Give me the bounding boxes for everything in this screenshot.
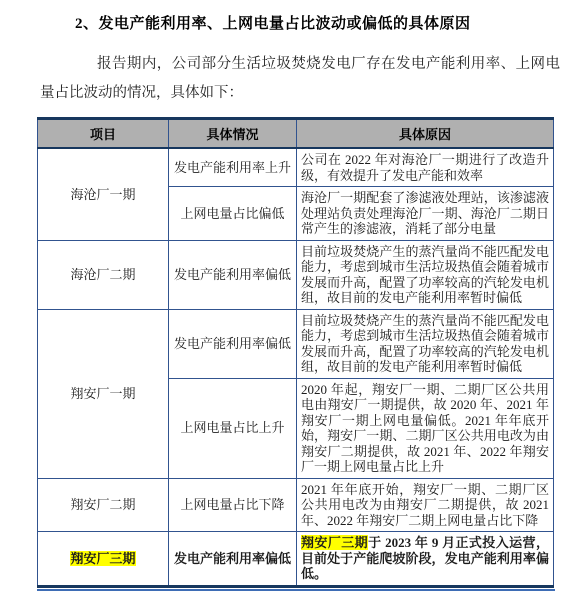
reason-cell: 目前垃圾焚烧产生的蒸汽量尚不能匹配发电能力，考虑到城市生活垃圾热值会随着城市发展… [297, 240, 554, 309]
intro-paragraph: 报告期内，公司部分生活垃圾焚烧发电厂存在发电产能利用率、上网电量占比波动的情况，… [40, 50, 560, 108]
table-header-row: 项目 具体情况 具体原因 [38, 119, 554, 149]
table-row: 翔安厂二期上网电量占比下降2021 年年底开始，翔安厂一期、二期厂区公共用电改为… [38, 478, 554, 532]
reason-highlighted-text: 翔安厂三期 [301, 535, 368, 550]
situation-cell: 发电产能利用率偏低 [169, 309, 297, 378]
reason-cell: 目前垃圾焚烧产生的蒸汽量尚不能匹配发电能力，考虑到城市生活垃圾热值会随着城市发展… [297, 309, 554, 378]
project-name-highlighted: 翔安厂三期 [70, 551, 135, 566]
project-name: 海沧厂二期 [70, 267, 135, 282]
table-row: 海沧厂一期发电产能利用率上升公司在 2022 年对海沧厂一期进行了改造升级，有效… [38, 148, 554, 187]
reason-cell: 2020 年起，翔安厂一期、二期厂区公共用电由翔安厂一期提供，故 2020 年、… [297, 378, 554, 478]
column-header-project: 项目 [38, 119, 169, 149]
table-row: 翔安厂三期发电产能利用率偏低翔安厂三期于 2023 年 9 月正式投入运营，目前… [38, 532, 554, 587]
situation-cell: 上网电量占比偏低 [169, 187, 297, 241]
project-cell: 翔安厂二期 [38, 478, 169, 532]
reasons-table: 项目 具体情况 具体原因 海沧厂一期发电产能利用率上升公司在 2022 年对海沧… [37, 117, 554, 588]
section-heading: 2、发电产能利用率、上网电量占比波动或偏低的具体原因 [75, 12, 564, 33]
reason-cell: 海沧厂一期配套了渗滤液处理站，该渗滤液处理站负责处理海沧厂一期、海沧厂二期日常产… [297, 187, 554, 241]
situation-cell: 上网电量占比下降 [169, 478, 297, 532]
table-row: 海沧厂二期发电产能利用率偏低目前垃圾焚烧产生的蒸汽量尚不能匹配发电能力，考虑到城… [38, 240, 554, 309]
situation-cell: 发电产能利用率上升 [169, 148, 297, 187]
project-name: 海沧厂一期 [70, 187, 135, 202]
project-name: 翔安厂一期 [70, 386, 135, 401]
table-row: 翔安厂一期发电产能利用率偏低目前垃圾焚烧产生的蒸汽量尚不能匹配发电能力，考虑到城… [38, 309, 554, 378]
situation-cell: 上网电量占比上升 [169, 378, 297, 478]
situation-cell: 发电产能利用率偏低 [169, 240, 297, 309]
column-header-reason: 具体原因 [297, 119, 554, 149]
project-name: 翔安厂二期 [70, 497, 135, 512]
document-page: 2、发电产能利用率、上网电量占比波动或偏低的具体原因 报告期内，公司部分生活垃圾… [0, 0, 584, 597]
reason-cell: 2021 年年底开始，翔安厂一期、二期厂区公共用电改为由翔安厂二期提供，故 20… [297, 478, 554, 532]
project-cell: 翔安厂一期 [38, 309, 169, 478]
reason-cell: 翔安厂三期于 2023 年 9 月正式投入运营，目前处于产能爬坡阶段，发电产能利… [297, 532, 554, 587]
column-header-situation: 具体情况 [169, 119, 297, 149]
table-bottom-accent-line [37, 589, 555, 591]
project-cell: 海沧厂二期 [38, 240, 169, 309]
project-cell: 海沧厂一期 [38, 148, 169, 240]
situation-cell: 发电产能利用率偏低 [169, 532, 297, 587]
project-cell: 翔安厂三期 [38, 532, 169, 587]
reason-cell: 公司在 2022 年对海沧厂一期进行了改造升级，有效提升了发电产能和效率 [297, 148, 554, 187]
